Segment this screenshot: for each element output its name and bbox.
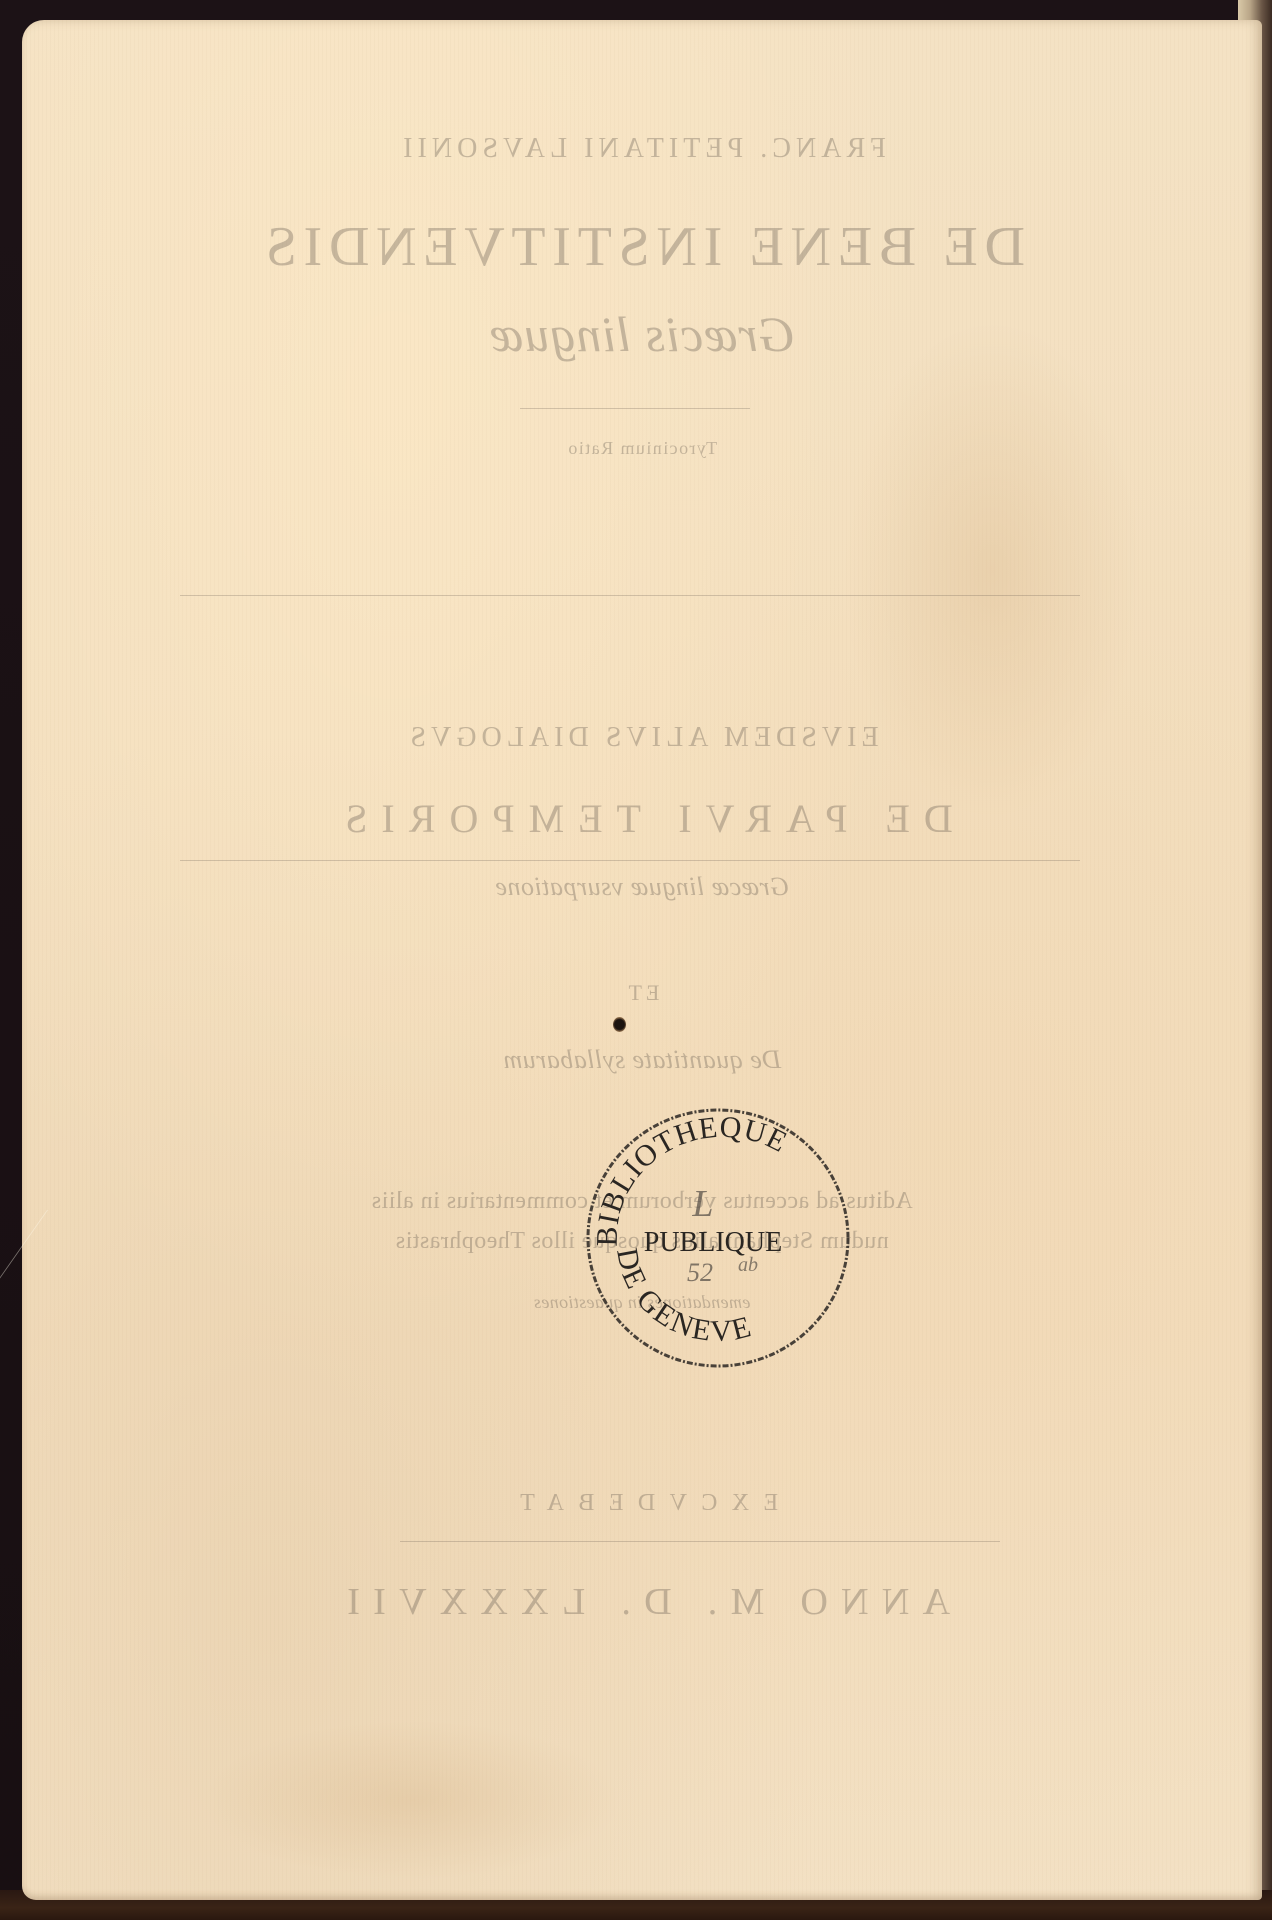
worm-hole xyxy=(613,1017,626,1032)
library-stamp: BIBLIOTHEQUE PUBLIQUE DE GENEVE L 52 ab xyxy=(578,1103,858,1373)
shelfmark-letter: L xyxy=(691,1183,713,1225)
bleed-line-dialogue: EIVSDEM ALIVS DIALOGVS xyxy=(22,722,1262,754)
bleed-line-printer: EXCVDEBAT xyxy=(22,1490,1262,1517)
bleed-rule xyxy=(520,408,750,409)
bleed-line-author: FRANC. PETITANI LAVSONII xyxy=(22,133,1262,165)
stamp-middle-text: PUBLIQUE xyxy=(644,1227,782,1258)
bleed-line-small-1: Tyrocinium Ratio xyxy=(22,438,1262,459)
shelfmark-number: 52 xyxy=(687,1258,713,1287)
shelfmark-suffix: ab xyxy=(738,1254,758,1276)
bleed-line-quantity: De quantitate syllabarum xyxy=(22,1045,1262,1075)
water-stain xyxy=(202,1720,622,1880)
bleed-rule xyxy=(180,860,1080,861)
bleed-line-year: ANNO M. D. LXXXVII xyxy=(22,1580,1262,1624)
bleed-line-greek: DE PARVI TEMPORIS xyxy=(22,795,1262,842)
bleed-line-et: ET xyxy=(22,980,1262,1006)
bleed-line-title: DE BENE INSTITVENDIS xyxy=(22,215,1262,279)
stamp-graphic: BIBLIOTHEQUE PUBLIQUE DE GENEVE L 52 ab xyxy=(578,1103,858,1373)
bleed-line-italic: Græcæ linguæ vsurpatione xyxy=(22,872,1262,902)
bleed-rule xyxy=(180,595,1080,596)
bleed-line-subtitle: Græcis linguæ xyxy=(22,305,1262,363)
bleed-rule xyxy=(400,1541,1000,1542)
